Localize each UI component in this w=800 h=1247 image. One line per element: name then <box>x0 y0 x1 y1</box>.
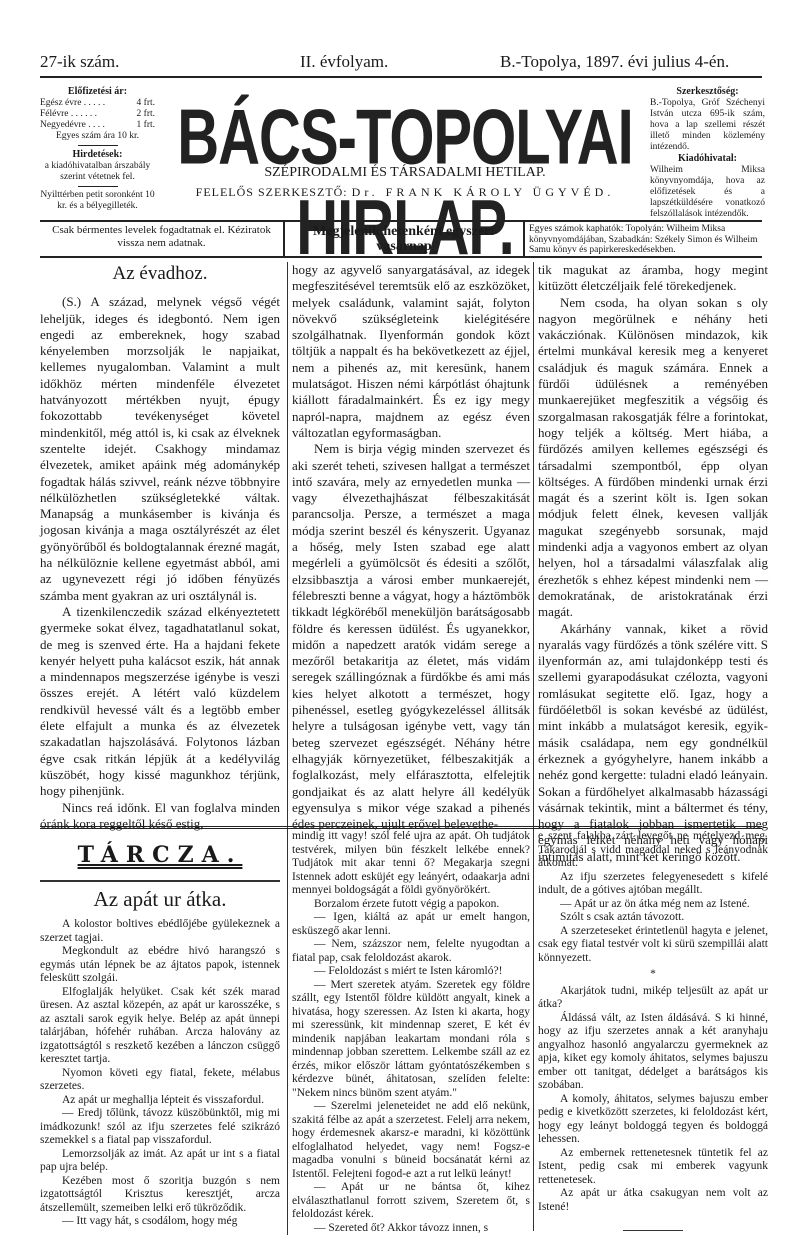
section-separator <box>40 826 762 829</box>
article-paragraph: Nem csoda, ha olyan sokan s oly nagyon m… <box>538 295 768 621</box>
info-bar: Csak bérmentes levelek fogadtatnak el. K… <box>40 220 762 258</box>
publisher-title: Kiadóhivatal: <box>678 153 737 164</box>
editorial-office-box: Szerkesztőség: B.-Topolya, Gróf Szécheny… <box>650 86 765 220</box>
story-paragraph: A kolostor boltives ebédlőjébe gyülekezn… <box>40 918 280 945</box>
story-column-2: mindig itt vagy! szól felé ujra az apát.… <box>287 830 530 1235</box>
story-paragraph: A komoly, áhitatos, selymes bajuszu embe… <box>538 1093 768 1147</box>
story-paragraph: — Igen, kiáltá az apát ur emelt hangon, … <box>292 911 530 938</box>
editorial-title: Szerkesztőség: <box>676 86 738 97</box>
article-paragraph: A tizenkilenczedik század elkényeztetett… <box>40 604 280 800</box>
story-paragraph: — Apát ur ne bántsa őt, kihez elválaszth… <box>292 1181 530 1222</box>
story-paragraph: Nyomon követi egy fiatal, fekete, mélabu… <box>40 1067 280 1094</box>
story-paragraph: Kezében most ő szoritja buzgón s nem izg… <box>40 1175 280 1216</box>
dateline: B.-Topolya, 1897. évi julius 4-én. <box>500 52 729 72</box>
story-paragraph: — Szereted őt? Akkor távozz innen, s <box>292 1222 530 1236</box>
story-paragraph: mindig itt vagy! szól felé ujra az apát.… <box>292 830 530 898</box>
story-paragraph: Borzalom érzete futott végig a papokon. <box>292 898 530 912</box>
story-paragraph: e szent falakba zárt levegőt ne mételyez… <box>538 830 768 871</box>
article-paragraph: Nem is birja végig minden szervezet és a… <box>292 441 530 832</box>
story-paragraph: Lemorzsolják az imát. Az apát ur int s a… <box>40 1148 280 1175</box>
price-label: Egész évre . . . . . <box>40 98 105 109</box>
sales-points: Egyes számok kaphatók: Topolyán: Wilheim… <box>525 222 762 256</box>
divider <box>78 145 118 146</box>
article-column-3: tik magukat az áramba, hogy megint kitüz… <box>533 262 768 865</box>
story-paragraph: A szerzeteseket érintetlenül hagyta e je… <box>538 925 768 966</box>
story-title: Az apát ur átka. <box>40 887 280 912</box>
article-title: Az évadhoz. <box>40 266 280 282</box>
section-star: * <box>538 968 768 982</box>
story-paragraph: Akarjátok tudni, mikép teljesült az apát… <box>538 985 768 1012</box>
publisher-text: Wilheim Miksa könyvnyomdája, hova az elő… <box>650 165 765 220</box>
story-paragraph: Az embernek rettenetesnek tüntetik fel a… <box>538 1147 768 1188</box>
story-paragraph: Szólt s csak aztán távozott. <box>538 911 768 925</box>
divider <box>78 186 118 187</box>
story-paragraph: Az apát ur meghallja lépteit és visszafo… <box>40 1094 280 1108</box>
article-column-1: Az évadhoz. (S.) A század, melynek végső… <box>40 262 280 832</box>
header-rule <box>40 76 762 78</box>
feuilleton-rule <box>40 880 280 882</box>
ads-title: Hirdetések: <box>73 149 123 160</box>
story-paragraph: — Eredj tőlünk, távozz küszöbünktől, mig… <box>40 1107 280 1148</box>
story-paragraph: Az ifju szerzetes felegyenesedett s kife… <box>538 871 768 898</box>
price-value: 2 frt. <box>137 109 155 120</box>
story-paragraph: — Apát ur az ön átka még nem az Istené. <box>538 898 768 912</box>
story-paragraph: — Mert szeretek atyám. Szeretek egy föld… <box>292 979 530 1101</box>
letters-notice: Csak bérmentes levelek fogadtatnak el. K… <box>40 222 285 256</box>
issue-number: 27-ik szám. <box>40 52 119 72</box>
story-column-3: e szent falakba zárt levegőt ne mételyez… <box>533 830 768 1231</box>
open-space-text: Nyilttérben petit soronként 10 kr. és a … <box>40 190 155 212</box>
story-paragraph: Áldássá vált, az Isten áldásává. S ki hi… <box>538 1012 768 1093</box>
editor-label: FELELŐS SZERKESZTŐ: <box>196 185 348 199</box>
subscription-title: Előfizetési ár: <box>68 86 127 97</box>
story-paragraph: — Nem, százszor nem, felelte nyugodtan a… <box>292 938 530 965</box>
article-column-2: hogy az agyvelő sanyargatásával, az ideg… <box>287 262 530 832</box>
end-rule <box>623 1230 683 1231</box>
ads-text: a kiadóhivatalban árszabály szerint véte… <box>40 161 155 183</box>
story-column-1: A kolostor boltives ebédlőjébe gyülekezn… <box>40 918 280 1229</box>
subscription-box: Előfizetési ár: Egész évre . . . . .4 fr… <box>40 86 155 212</box>
article-paragraph: tik magukat az áramba, hogy megint kitüz… <box>538 262 768 295</box>
story-paragraph: — Itt vagy hát, s csodálom, hogy még <box>40 1215 280 1229</box>
volume-label: II. évfolyam. <box>300 52 388 72</box>
article-paragraph: hogy az agyvelő sanyargatásával, az ideg… <box>292 262 530 441</box>
story-paragraph: Megkondult az ebédre hivó harangszó s eg… <box>40 945 280 986</box>
story-paragraph: Az apát ur átka csakugyan nem volt az Is… <box>538 1187 768 1214</box>
price-label: Negyedévre . . . . <box>40 120 105 131</box>
price-value: 4 frt. <box>137 98 155 109</box>
story-paragraph: — Szerelmi jeleneteidet ne add elő nekün… <box>292 1100 530 1181</box>
editor-line: FELELŐS SZERKESZTŐ: Dr. FRANK KÁROLY ÜGY… <box>170 185 640 200</box>
price-label: Félévre . . . . . . <box>40 109 97 120</box>
price-value: 1 frt. <box>137 120 155 131</box>
feuilleton-heading: TÁRCZA. <box>40 842 280 868</box>
masthead-subtitle: SZÉPIRODALMI ÉS TÁRSADALMI HETILAP. <box>170 165 640 181</box>
story-paragraph: Elfoglalják helyüket. Csak két szék mara… <box>40 986 280 1067</box>
publication-schedule: Megjelenik hetenként egyszer: vasárnap <box>285 222 525 256</box>
editor-name: Dr. FRANK KÁROLY ÜGYVÉD. <box>352 185 615 199</box>
article-paragraph: (S.) A század, melynek végső végét lehel… <box>40 294 280 604</box>
editorial-text: B.-Topolya, Gróf Széchenyi István utcza … <box>650 98 765 153</box>
story-paragraph: — Feloldozást s miért te Isten káromló?! <box>292 965 530 979</box>
single-copy-price: Egyes szám ára 10 kr. <box>40 131 155 142</box>
